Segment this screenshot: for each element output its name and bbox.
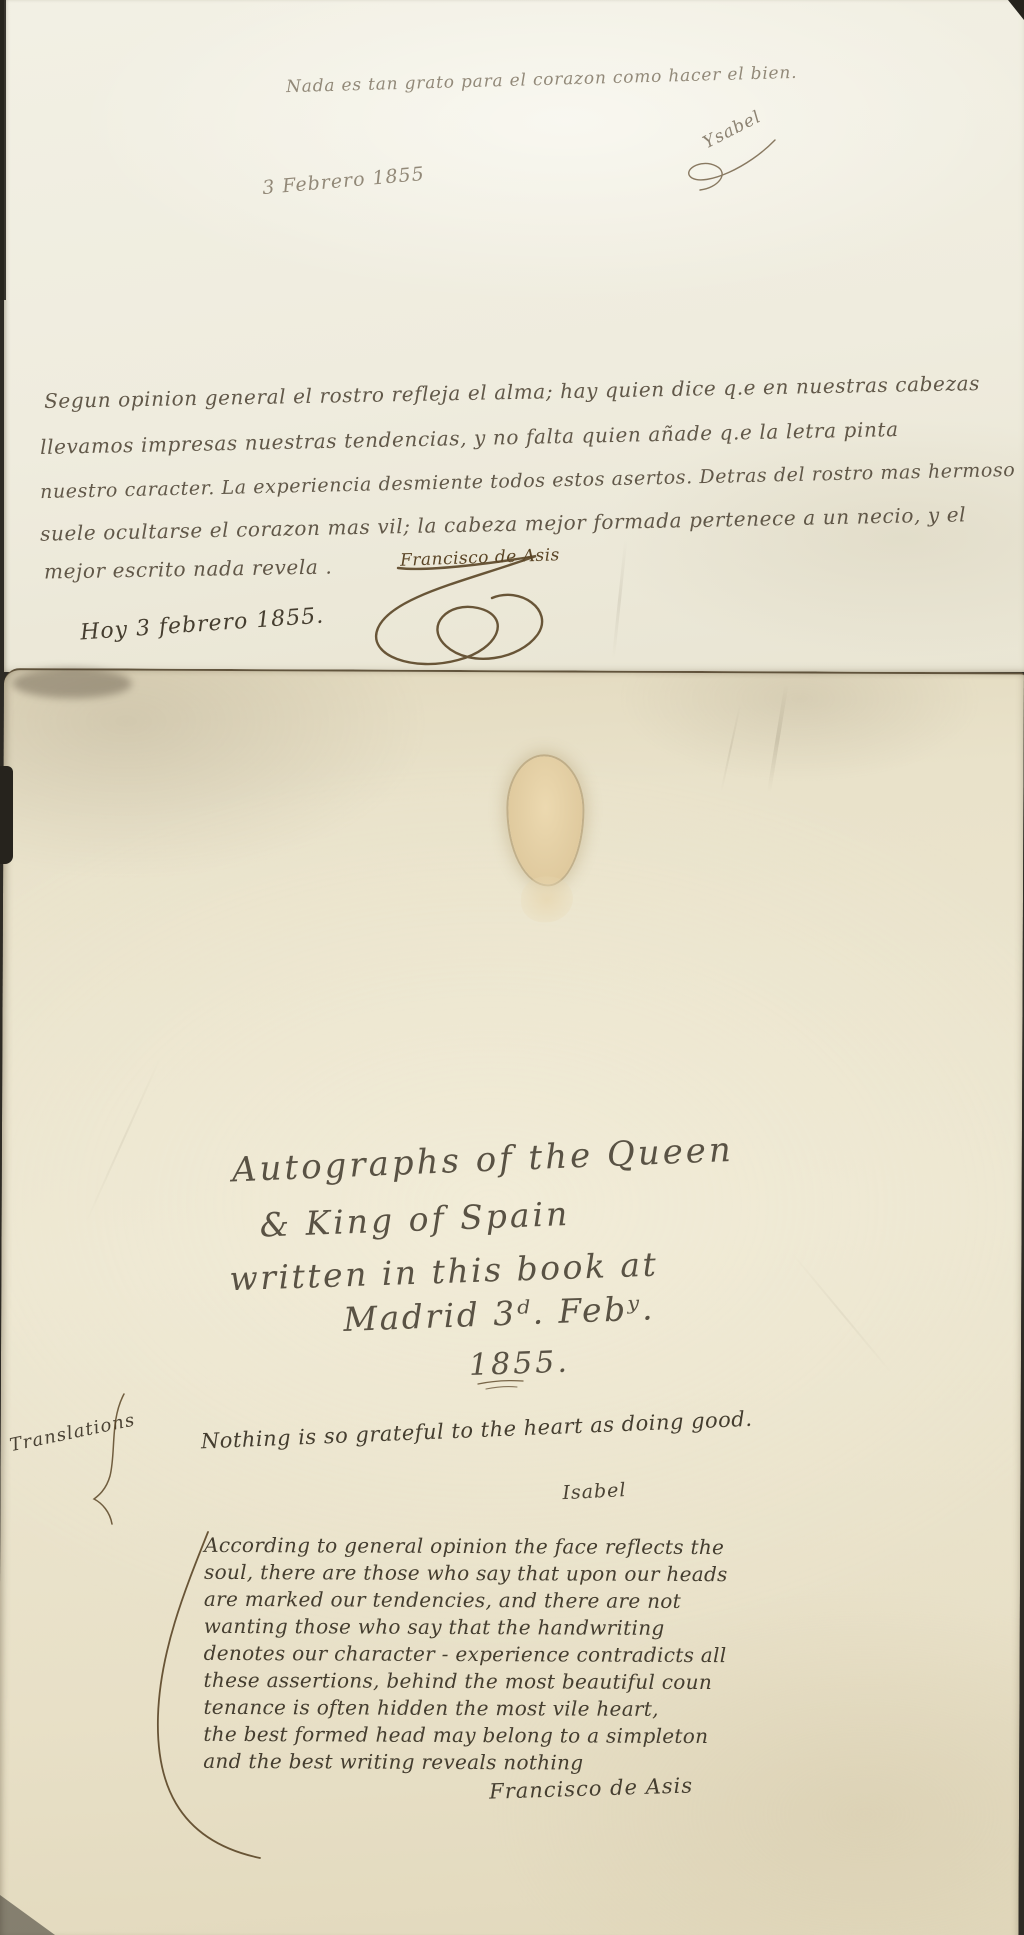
top-date-line: 3 Febrero 1855 <box>261 163 425 199</box>
title-line-2: & King of Spain <box>259 1194 571 1245</box>
paper-top: Nada es tan grato para el corazon como h… <box>4 0 1024 672</box>
spanish-line-2: llevamos impresas nuestras tendencias, y… <box>40 417 899 459</box>
translation-paragraph: According to general opinion the face re… <box>203 1533 728 1778</box>
king-signature: Francisco de Asis <box>400 545 560 571</box>
spanish-line-1: Segun opinion general el rostro refleja … <box>44 371 980 413</box>
translation-line-6: these assertions, behind the most beauti… <box>204 1668 728 1697</box>
paper-bottom: Autographs of the Queen & King of Spain … <box>0 668 1024 1935</box>
translation-quote: Nothing is so grateful to the heart as d… <box>200 1407 752 1454</box>
translation-line-3: are marked our tendencies, and there are… <box>204 1587 728 1616</box>
scratch-mark <box>767 684 789 793</box>
queen-signature: Ysabel <box>700 107 765 153</box>
francisco-signature: Francisco de Asis <box>489 1773 694 1803</box>
translation-line-9: and the best writing reveals nothing <box>203 1749 727 1778</box>
isabel-signature: Isabel <box>562 1479 627 1504</box>
paper-stain-tail <box>521 876 573 922</box>
translation-line-8: the best formed head may belong to a sim… <box>203 1722 727 1751</box>
title-line-5: 1855. <box>468 1345 570 1383</box>
translations-label: Translations <box>8 1410 137 1457</box>
translation-line-7: tenance is often hidden the most vile he… <box>203 1695 727 1724</box>
title-line-4: Madrid 3ᵈ. Febʸ. <box>343 1288 656 1339</box>
bottom-date-line: Hoy 3 febrero 1855. <box>79 604 325 646</box>
translation-line-1: According to general opinion the face re… <box>204 1533 728 1562</box>
translation-line-5: denotes our character - experience contr… <box>204 1641 728 1670</box>
paper-crease <box>612 540 628 660</box>
paper-stain <box>508 756 583 884</box>
left-edge-shadow-top <box>0 0 6 300</box>
paper-crease-2 <box>85 1058 161 1223</box>
spanish-line-3: nuestro caracter. La experiencia desmien… <box>40 459 1016 503</box>
paper-crease-3 <box>790 1252 894 1376</box>
spanish-line-4: suele ocultarse el corazon mas vil; la c… <box>40 502 967 545</box>
translation-line-2: soul, there are those who say that upon … <box>204 1560 728 1589</box>
scratch-mark-2 <box>720 704 741 792</box>
scanned-page: Nada es tan grato para el corazon como h… <box>0 0 1024 1935</box>
translation-line-4: wanting those who say that the handwriti… <box>204 1614 728 1643</box>
spanish-line-5: mejor escrito nada revela . <box>44 554 333 583</box>
fold-smudge <box>12 668 132 699</box>
left-edge-gap <box>0 766 13 864</box>
motto-line: Nada es tan grato para el corazon como h… <box>286 63 798 97</box>
title-line-1: Autographs of the Queen <box>231 1130 734 1191</box>
